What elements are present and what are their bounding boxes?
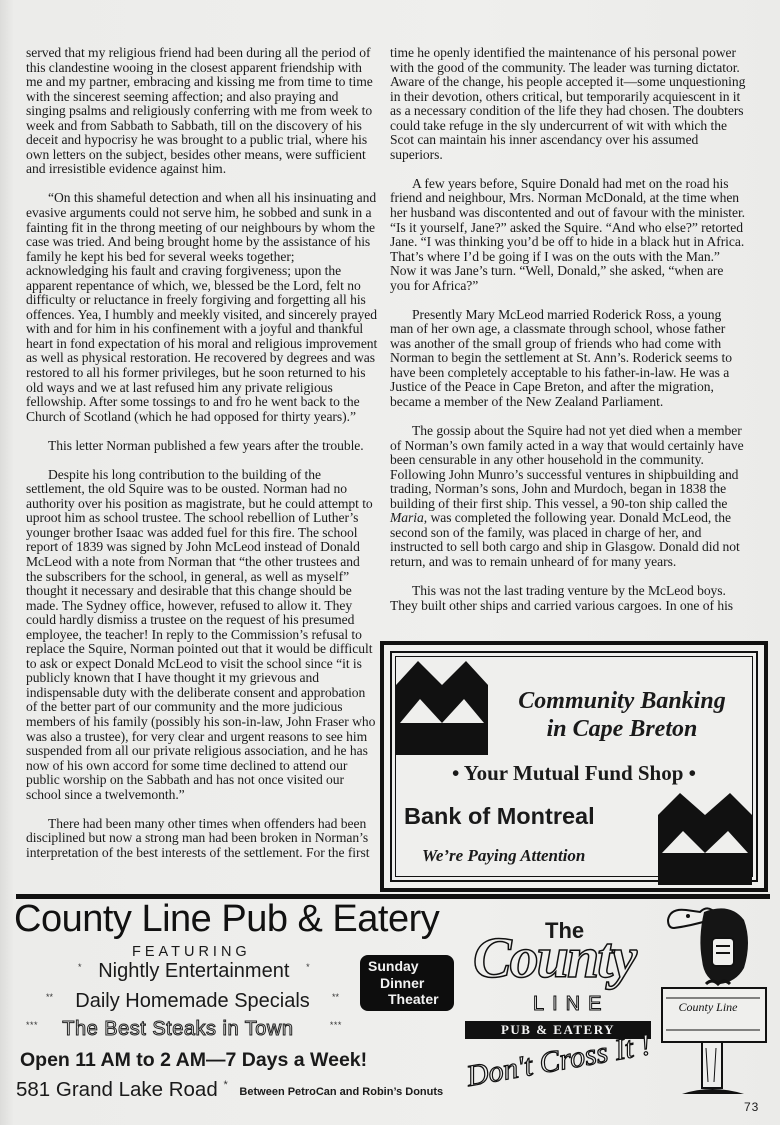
- ad-tagline: • Your Mutual Fund Shop •: [392, 761, 756, 786]
- ship-name: Maria: [390, 510, 424, 525]
- bank-name: Bank of Montreal: [404, 803, 595, 830]
- feature-text: Daily Homemade Specials: [75, 990, 310, 1012]
- pub-location-note: Between PetroCan and Robin’s Donuts: [239, 1086, 443, 1098]
- paragraph: Presently Mary McLeod married Roderick R…: [390, 308, 746, 410]
- ad-heading-line: in Cape Breton: [492, 715, 752, 743]
- ad-border: Community Banking in Cape Breton • Your …: [390, 651, 758, 882]
- pub-feature-line: * Nightly Entertainment *: [78, 960, 310, 983]
- badge-line: Theater: [368, 991, 454, 1008]
- pub-title: County Line Pub & Eatery: [14, 896, 439, 942]
- ad-heading: Community Banking in Cape Breton: [492, 687, 752, 743]
- ad-heading-line: Community Banking: [492, 687, 752, 715]
- star-icon: **: [332, 992, 339, 1002]
- star-icon: *: [78, 962, 82, 972]
- signpost-text: County Line: [670, 1000, 746, 1015]
- pub-feature-line: *** The Best Steaks in Town ***: [26, 1018, 342, 1041]
- star-icon: **: [46, 992, 53, 1002]
- pub-featuring-label: FEATURING: [132, 944, 251, 960]
- bmo-logo-icon: [658, 793, 752, 885]
- bmo-logo-icon: [396, 661, 488, 755]
- paragraph: “On this shameful detection and when all…: [26, 191, 378, 424]
- star-icon: ***: [330, 1020, 342, 1030]
- logo-county: County: [473, 928, 635, 988]
- star-icon: *: [223, 1079, 227, 1091]
- paragraph: This was not the last trading venture by…: [390, 584, 746, 613]
- badge-line: Dinner: [368, 975, 454, 992]
- paragraph: Despite his long contribution to the bui…: [26, 468, 378, 803]
- badge-line: Sunday: [368, 958, 454, 975]
- feature-text: The Best Steaks in Town: [62, 1018, 293, 1040]
- paragraph: This letter Norman published a few years…: [26, 439, 378, 454]
- paragraph: There had been many other times when off…: [26, 817, 378, 861]
- sunday-dinner-theater-badge: Sunday Dinner Theater: [360, 955, 454, 1011]
- feature-text: Nightly Entertainment: [98, 960, 289, 982]
- bank-slogan: We’re Paying Attention: [422, 846, 585, 866]
- county-line-logo: The County LINE: [465, 902, 665, 1032]
- pub-feature-line: ** Daily Homemade Specials **: [46, 990, 339, 1013]
- article-right-column: time he openly identified the maintenanc…: [390, 46, 746, 628]
- pub-address: 581 Grand Lake Road: [16, 1078, 218, 1101]
- paragraph-text: , was completed the following year. Dona…: [390, 510, 740, 569]
- pub-address-line: 581 Grand Lake Road * Between PetroCan a…: [16, 1078, 443, 1102]
- paragraph-text: The gossip about the Squire had not yet …: [390, 423, 744, 511]
- paragraph: A few years before, Squire Donald had me…: [390, 177, 746, 293]
- vulture-signpost-icon: [660, 898, 772, 1098]
- star-icon: *: [306, 962, 310, 972]
- magazine-page: served that my religious friend had been…: [0, 0, 780, 1125]
- star-icon: ***: [26, 1020, 38, 1030]
- pub-hours: Open 11 AM to 2 AM—7 Days a Week!: [20, 1049, 367, 1072]
- article-left-column: served that my religious friend had been…: [26, 46, 378, 875]
- paragraph: The gossip about the Squire had not yet …: [390, 424, 746, 569]
- paragraph: served that my religious friend had been…: [26, 46, 378, 177]
- logo-line: LINE: [533, 993, 609, 1016]
- page-number: 73: [744, 1100, 759, 1114]
- paragraph: time he openly identified the maintenanc…: [390, 46, 746, 162]
- bank-of-montreal-ad: Community Banking in Cape Breton • Your …: [380, 641, 768, 892]
